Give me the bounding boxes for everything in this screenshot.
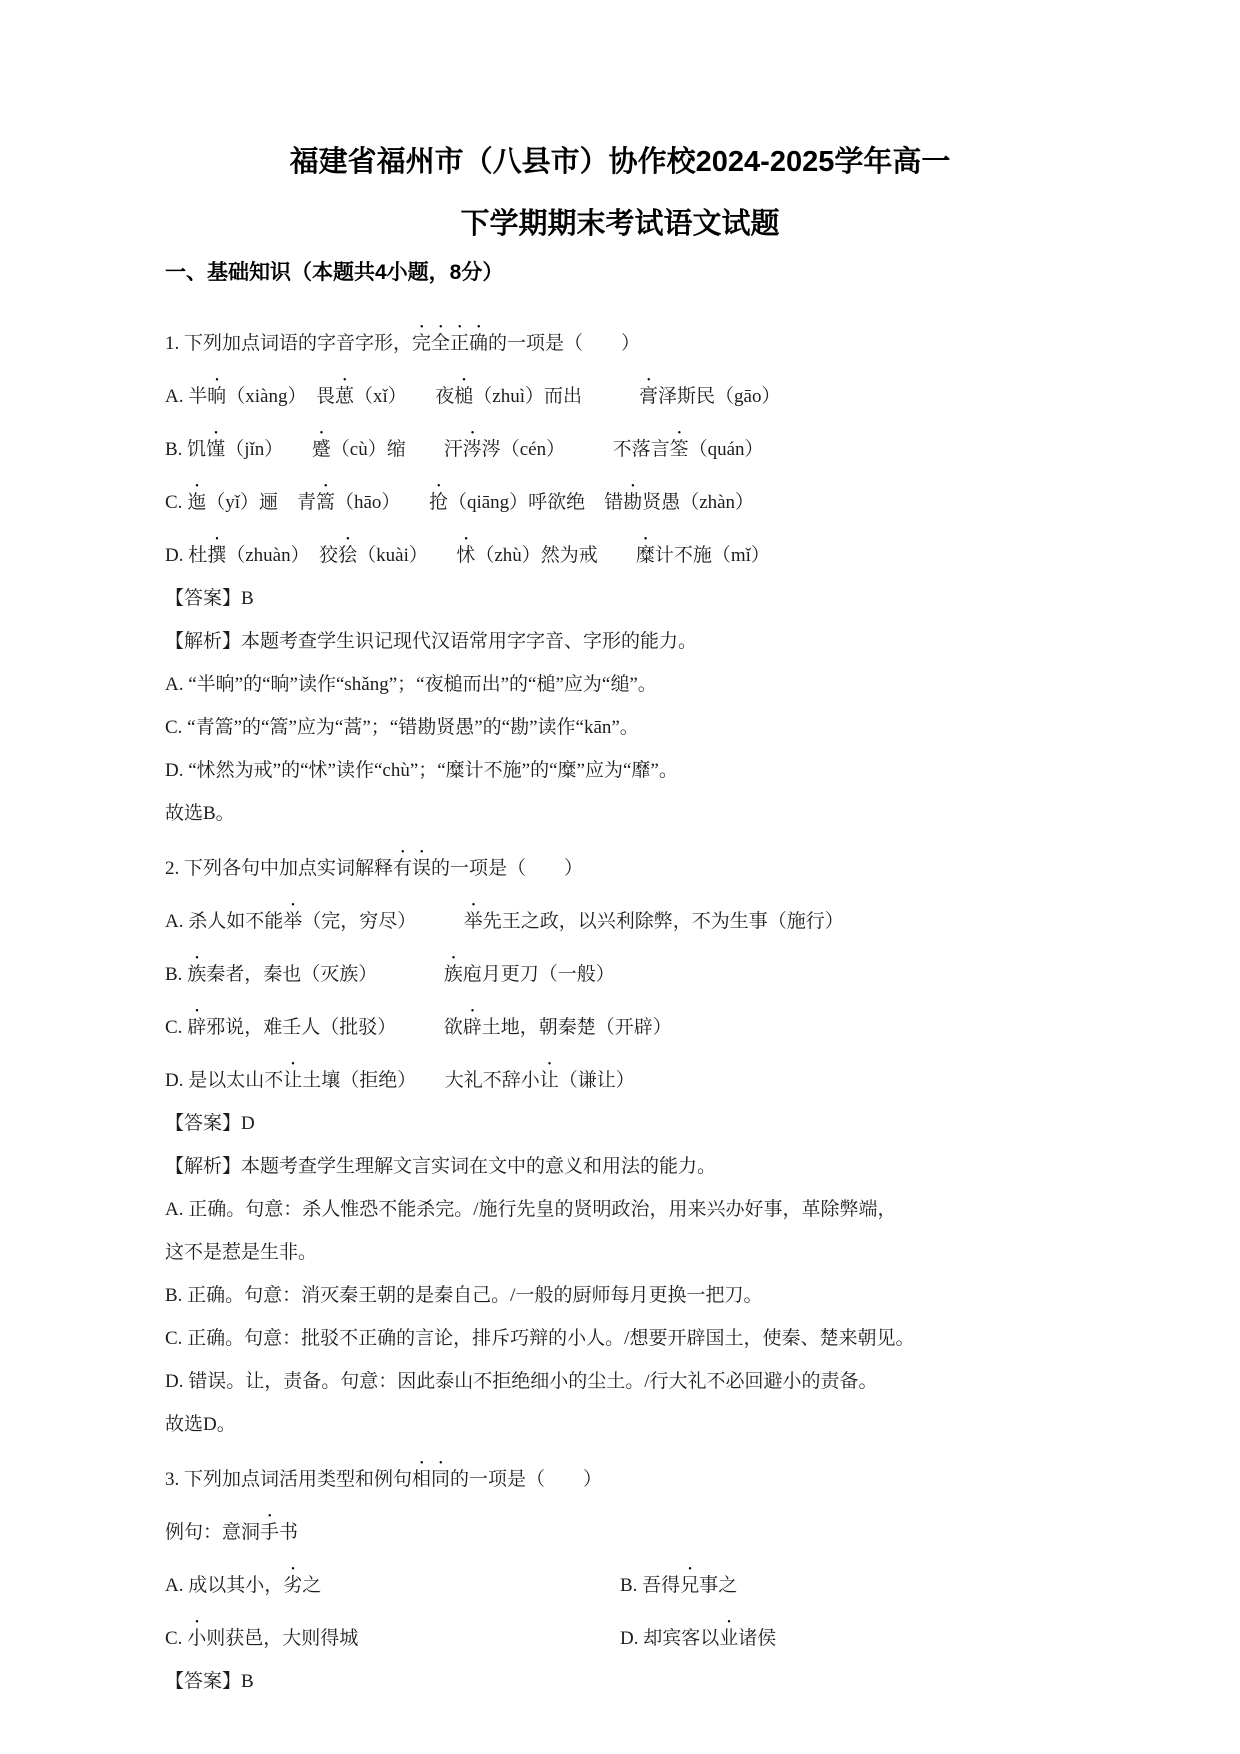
text-segment: B. bbox=[165, 964, 187, 985]
exam-document-page: 福建省福州市（八县市）协作校2024-2025学年高一 下学期期末考试语文试题 … bbox=[0, 0, 1240, 1754]
text-segment: D. 错误。让，责备。句意：因此泰山不拒绝细小的尘土。/行大礼不必回避小的责备。 bbox=[165, 1371, 878, 1392]
emphasized-text: 勘 bbox=[623, 492, 642, 513]
text-segment: 【答案】D bbox=[165, 1113, 255, 1134]
option-line: C. 迤（yǐ）逦 青篙（hāo） 抢（qiāng）呼欲绝 错勘贤愚（zhàn） bbox=[165, 471, 1075, 524]
text-segment: D. 杜 bbox=[165, 545, 207, 566]
emphasized-text: 槌 bbox=[454, 386, 473, 407]
analysis-line: B. 正确。句意：消灭秦王朝的是秦自己。/一般的厨师每月更换一把刀。 bbox=[165, 1274, 1075, 1317]
analysis-line: D. 错误。让，责备。句意：因此泰山不拒绝细小的尘土。/行大礼不必回避小的责备。 bbox=[165, 1360, 1075, 1403]
text-segment: D. “怵然为戒”的“怵”读作“chù”；“糜计不施”的“糜”应为“靡”。 bbox=[165, 760, 678, 781]
emphasized-text: 辟 bbox=[463, 1017, 482, 1038]
two-col-line: A. 成以其小，劣之B. 吾得兄事之 bbox=[165, 1554, 1075, 1607]
page-title-line-2: 下学期期末考试语文试题 bbox=[165, 204, 1075, 244]
text-segment: D. 是以太山不 bbox=[165, 1070, 283, 1091]
emphasized-text: 怵 bbox=[456, 545, 475, 566]
option-left: A. 成以其小，劣之 bbox=[165, 1564, 620, 1597]
text-segment: （xiàng） 畏 bbox=[226, 386, 335, 407]
text-segment: （zhuì）而出 bbox=[473, 386, 639, 407]
text-segment: 泽斯民（gāo） bbox=[658, 386, 780, 407]
text-segment: 【答案】B bbox=[165, 588, 254, 609]
text-segment: 贤愚（zhàn） bbox=[642, 492, 754, 513]
question-line: 3. 下列加点词活用类型和例句相同的一项是（ ） bbox=[165, 1446, 1075, 1501]
text-segment: 的一项是（ ） bbox=[431, 858, 583, 879]
answer-line: 【答案】B bbox=[165, 1660, 1075, 1703]
emphasized-text: 晌 bbox=[207, 386, 226, 407]
emphasized-text: 族 bbox=[187, 964, 206, 985]
option-line: A. 杀人如不能举（完，穷尽） 举先王之政，以兴利除弊，不为生事（施行） bbox=[165, 890, 1075, 943]
emphasized-text: 手 bbox=[260, 1522, 279, 1543]
question-line: 2. 下列各句中加点实词解释有误的一项是（ ） bbox=[165, 835, 1075, 890]
text-segment: 的一项是（ ） bbox=[488, 333, 640, 354]
text-segment: 故选D。 bbox=[165, 1414, 236, 1435]
emphasized-text: 馑 bbox=[206, 439, 225, 460]
text-segment: 3. 下列加点词活用类型和例句 bbox=[165, 1469, 412, 1490]
emphasized-text: 族 bbox=[444, 964, 463, 985]
emphasized-text: 兄 bbox=[680, 1575, 699, 1596]
emphasized-text: 筌 bbox=[670, 439, 689, 460]
text-segment: （hāo） bbox=[335, 492, 429, 513]
text-segment: A. 正确。句意：杀人惟恐不能杀完。/施行先皇的贤明政治，用来兴办好事，革除弊端… bbox=[165, 1199, 897, 1220]
text-segment: 则获邑，大则得城 bbox=[206, 1628, 358, 1649]
text-segment: （kuài） bbox=[357, 545, 456, 566]
answer-line: 【答案】B bbox=[165, 577, 1075, 620]
text-segment: 土壤（拒绝） 大礼不辞小 bbox=[302, 1070, 540, 1091]
analysis-line: 故选B。 bbox=[165, 792, 1075, 835]
option-left: C. 小则获邑，大则得城 bbox=[165, 1617, 620, 1650]
text-segment: 【解析】本题考查学生理解文言实词在文中的意义和用法的能力。 bbox=[165, 1156, 716, 1177]
emphasized-text: 辟 bbox=[187, 1017, 206, 1038]
document-content: 福建省福州市（八县市）协作校2024-2025学年高一 下学期期末考试语文试题 … bbox=[0, 0, 1240, 1703]
emphasized-text: 迤 bbox=[187, 492, 206, 513]
text-segment: A. 杀人如不能 bbox=[165, 911, 283, 932]
text-segment: （yǐ）逦 青 bbox=[206, 492, 316, 513]
text-segment: B. 吾得 bbox=[620, 1575, 680, 1596]
text-segment: A. 半 bbox=[165, 386, 207, 407]
text-segment: D. 却宾客以 bbox=[620, 1628, 719, 1649]
text-segment: （qiāng）呼欲绝 错 bbox=[448, 492, 623, 513]
text-segment: （xǐ） 夜 bbox=[354, 386, 454, 407]
analysis-line: A. “半晌”的“晌”读作“shǎng”；“夜槌而出”的“槌”应为“缒”。 bbox=[165, 663, 1075, 706]
text-segment: （zhù）然为戒 bbox=[475, 545, 635, 566]
emphasized-text: 狯 bbox=[338, 545, 357, 566]
text-segment: 秦者，秦也（灭族） bbox=[206, 964, 444, 985]
document-body: 1. 下列加点词语的字音字形，完全正确的一项是（ ）A. 半晌（xiàng） 畏… bbox=[165, 310, 1075, 1703]
page-title-line-1: 福建省福州市（八县市）协作校2024-2025学年高一 bbox=[165, 142, 1075, 182]
emphasized-text: 相同 bbox=[412, 1469, 450, 1490]
analysis-line: 【解析】本题考查学生识记现代汉语常用字字音、字形的能力。 bbox=[165, 620, 1075, 663]
emphasized-text: 有误 bbox=[393, 858, 431, 879]
text-segment: 涔（cén） 不落言 bbox=[482, 439, 670, 460]
text-segment: 的一项是（ ） bbox=[450, 1469, 602, 1490]
option-line: D. 杜撰（zhuàn） 狡狯（kuài） 怵（zhù）然为戒 糜计不施（mǐ） bbox=[165, 524, 1075, 577]
text-segment: （谦让） bbox=[559, 1070, 635, 1091]
emphasized-text: 篙 bbox=[316, 492, 335, 513]
text-segment: 2. 下列各句中加点实词解释 bbox=[165, 858, 393, 879]
option-right: B. 吾得兄事之 bbox=[620, 1564, 737, 1597]
option-line: A. 半晌（xiàng） 畏葸（xǐ） 夜槌（zhuì）而出 膏泽斯民（gāo） bbox=[165, 365, 1075, 418]
text-segment: C. 正确。句意：批驳不正确的言论，排斥巧辩的小人。/想要开辟国土，使秦、楚来朝… bbox=[165, 1328, 914, 1349]
text-segment: 事之 bbox=[699, 1575, 737, 1596]
text-segment: 书 bbox=[279, 1522, 298, 1543]
text-segment: （完，穷尽） bbox=[302, 911, 464, 932]
emphasized-text: 抢 bbox=[429, 492, 448, 513]
section-heading: 一、基础知识（本题共4小题，8分） bbox=[165, 258, 1075, 288]
option-right: D. 却宾客以业诸侯 bbox=[620, 1617, 776, 1650]
text-segment: B. 正确。句意：消灭秦王朝的是秦自己。/一般的厨师每月更换一把刀。 bbox=[165, 1285, 762, 1306]
analysis-line: C. “青篙”的“篙”应为“蒿”；“错勘贤愚”的“勘”读作“kān”。 bbox=[165, 706, 1075, 749]
text-segment: （quán） bbox=[689, 439, 764, 460]
option-line: C. 辟邪说，难壬人（批驳） 欲辟土地，朝秦楚（开辟） bbox=[165, 996, 1075, 1049]
answer-line: 【答案】D bbox=[165, 1102, 1075, 1145]
text-segment: 这不是惹是生非。 bbox=[165, 1242, 317, 1263]
text-segment: 故选B。 bbox=[165, 803, 235, 824]
text-segment: 1. 下列加点词语的字音字形， bbox=[165, 333, 412, 354]
option-line: D. 是以太山不让土壤（拒绝） 大礼不辞小让（谦让） bbox=[165, 1049, 1075, 1102]
text-segment: 土地，朝秦楚（开辟） bbox=[482, 1017, 672, 1038]
text-segment: C. bbox=[165, 492, 187, 513]
text-segment: 庖月更刀（一般） bbox=[463, 964, 615, 985]
analysis-line: C. 正确。句意：批驳不正确的言论，排斥巧辩的小人。/想要开辟国土，使秦、楚来朝… bbox=[165, 1317, 1075, 1360]
example-line: 例句：意洞手书 bbox=[165, 1501, 1075, 1554]
text-segment: 【答案】B bbox=[165, 1671, 254, 1692]
text-segment: A. 成以其小， bbox=[165, 1575, 283, 1596]
text-segment: C. bbox=[165, 1628, 187, 1649]
emphasized-text: 小 bbox=[187, 1628, 206, 1649]
emphasized-text: 涔 bbox=[463, 439, 482, 460]
emphasized-text: 让 bbox=[283, 1070, 302, 1091]
option-line: B. 族秦者，秦也（灭族） 族庖月更刀（一般） bbox=[165, 943, 1075, 996]
emphasized-text: 撰 bbox=[207, 545, 226, 566]
emphasized-text: 葸 bbox=[335, 386, 354, 407]
text-segment: 例句：意洞 bbox=[165, 1522, 260, 1543]
text-segment: （cù）缩 汗 bbox=[331, 439, 463, 460]
text-segment: B. 饥 bbox=[165, 439, 206, 460]
text-segment: 邪说，难壬人（批驳） 欲 bbox=[206, 1017, 463, 1038]
emphasized-text: 劣 bbox=[283, 1575, 302, 1596]
text-segment: A. “半晌”的“晌”读作“shǎng”；“夜槌而出”的“槌”应为“缒”。 bbox=[165, 674, 657, 695]
emphasized-text: 糜 bbox=[636, 545, 655, 566]
analysis-line: 【解析】本题考查学生理解文言实词在文中的意义和用法的能力。 bbox=[165, 1145, 1075, 1188]
emphasized-text: 业 bbox=[719, 1628, 738, 1649]
emphasized-text: 让 bbox=[540, 1070, 559, 1091]
text-segment: （zhuàn） 狡 bbox=[226, 545, 338, 566]
analysis-line: D. “怵然为戒”的“怵”读作“chù”；“糜计不施”的“糜”应为“靡”。 bbox=[165, 749, 1075, 792]
emphasized-text: 膏 bbox=[639, 386, 658, 407]
emphasized-text: 蹙 bbox=[312, 439, 331, 460]
text-segment: C. bbox=[165, 1017, 187, 1038]
text-segment: 计不施（mǐ） bbox=[655, 545, 770, 566]
emphasized-text: 举 bbox=[464, 911, 483, 932]
text-segment: （jǐn） bbox=[225, 439, 312, 460]
text-segment: 先王之政，以兴利除弊，不为生事（施行） bbox=[483, 911, 844, 932]
option-line: B. 饥馑（jǐn） 蹙（cù）缩 汗涔涔（cén） 不落言筌（quán） bbox=[165, 418, 1075, 471]
text-segment: 诸侯 bbox=[738, 1628, 776, 1649]
text-segment: C. “青篙”的“篙”应为“蒿”；“错勘贤愚”的“勘”读作“kān”。 bbox=[165, 717, 639, 738]
text-segment: 【解析】本题考查学生识记现代汉语常用字字音、字形的能力。 bbox=[165, 631, 697, 652]
analysis-line: 故选D。 bbox=[165, 1403, 1075, 1446]
text-segment: 之 bbox=[302, 1575, 321, 1596]
analysis-line: A. 正确。句意：杀人惟恐不能杀完。/施行先皇的贤明政治，用来兴办好事，革除弊端… bbox=[165, 1188, 1075, 1231]
emphasized-text: 完全正确 bbox=[412, 333, 488, 354]
analysis-line: 这不是惹是生非。 bbox=[165, 1231, 1075, 1274]
question-line: 1. 下列加点词语的字音字形，完全正确的一项是（ ） bbox=[165, 310, 1075, 365]
two-col-line: C. 小则获邑，大则得城D. 却宾客以业诸侯 bbox=[165, 1607, 1075, 1660]
emphasized-text: 举 bbox=[283, 911, 302, 932]
